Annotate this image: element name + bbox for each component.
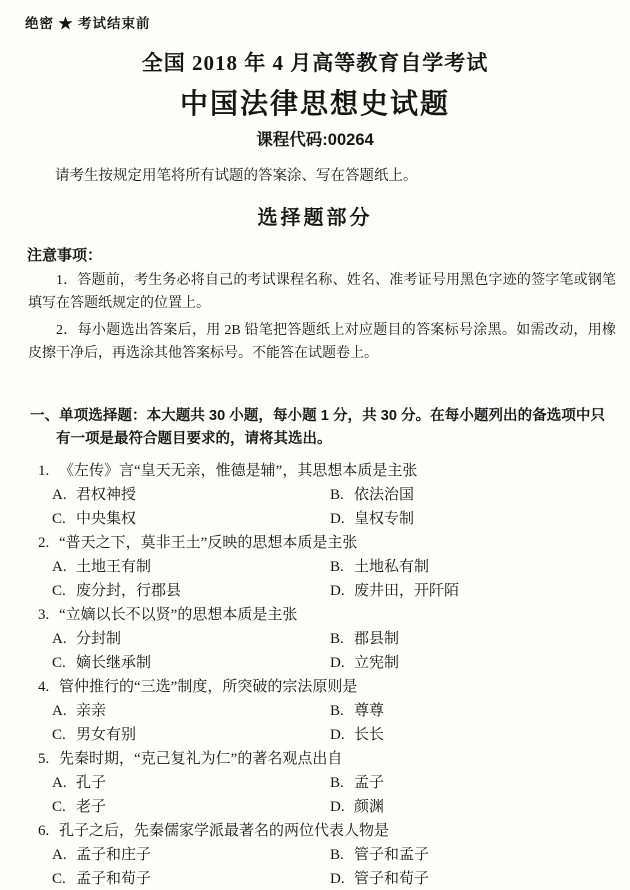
option-label: A. — [52, 627, 76, 651]
option-text: 土地私有制 — [354, 559, 429, 575]
option-row: A.亲亲 B.尊尊 — [38, 699, 614, 723]
option-label: B. — [330, 555, 354, 579]
option-row: A.分封制 B.郡县制 — [38, 627, 614, 651]
question-text: 先秦时期，“克己复礼为仁”的著名观点出自 — [59, 751, 342, 767]
option-text: 中央集权 — [76, 511, 136, 527]
option-row: C.嫡长继承制 D.立宪制 — [38, 651, 614, 675]
question-text: 《左传》言“皇天无亲，惟德是辅”，其思想本质是主张 — [59, 463, 417, 479]
option-b: B.尊尊 — [330, 699, 384, 723]
option-label: A. — [52, 771, 76, 795]
answer-sheet-instruction: 请考生按规定用笔将所有试题的答案涂、写在答题纸上。 — [55, 164, 610, 185]
option-text: 嫡长继承制 — [76, 655, 151, 671]
option-d: D.立宪制 — [330, 651, 399, 675]
option-b: B.依法治国 — [330, 483, 414, 507]
option-row: C.男女有别 D.长长 — [38, 723, 614, 747]
option-text: 男女有别 — [76, 727, 136, 743]
option-row: A.孟子和庄子 B.管子和孟子 — [38, 843, 614, 867]
option-row: C.孟子和荀子 D.管子和荀子 — [38, 867, 614, 890]
option-a: A.亲亲 — [52, 699, 330, 723]
option-label: C. — [52, 651, 76, 675]
option-a: A.君权神授 — [52, 483, 330, 507]
question-number: 1. — [38, 459, 54, 483]
option-row: A.君权神授 B.依法治国 — [38, 483, 614, 507]
option-label: A. — [52, 483, 76, 507]
course-code: 课程代码:00264 — [0, 126, 630, 150]
option-label: C. — [52, 867, 76, 890]
option-text: 管子和孟子 — [354, 847, 429, 863]
option-b: B.孟子 — [330, 771, 384, 795]
option-a: A.孟子和庄子 — [52, 843, 330, 867]
option-a: A.分封制 — [52, 627, 330, 651]
notice-item-1: 1．答题前，考生务必将自己的考试课程名称、姓名、准考证号用黑色字迹的签字笔或钢笔… — [28, 269, 616, 315]
question-number: 6. — [38, 819, 54, 843]
question-2: 2.“普天之下，莫非王土”反映的思想本质是主张 A.土地王有制 B.土地私有制 … — [38, 531, 614, 603]
option-text: 皇权专制 — [354, 511, 414, 527]
option-c: C.老子 — [52, 795, 330, 819]
question-number: 2. — [38, 531, 54, 555]
option-b: B.土地私有制 — [330, 555, 429, 579]
option-label: D. — [330, 507, 354, 531]
question-stem: 5.先秦时期，“克己复礼为仁”的著名观点出自 — [38, 747, 614, 771]
question-number: 4. — [38, 675, 54, 699]
option-label: B. — [330, 843, 354, 867]
option-label: D. — [330, 579, 354, 603]
option-row: C.中央集权 D.皇权专制 — [38, 507, 614, 531]
option-row: A.土地王有制 B.土地私有制 — [38, 555, 614, 579]
question-number: 5. — [38, 747, 54, 771]
option-text: 孟子和庄子 — [76, 847, 151, 863]
option-row: C.老子 D.颜渊 — [38, 795, 614, 819]
option-text: 废分封，行郡县 — [76, 583, 181, 599]
notice-item-2: 2．每小题选出答案后，用 2B 铅笔把答题纸上对应题目的答案标号涂黑。如需改动，… — [28, 319, 616, 365]
option-d: D.废井田，开阡陌 — [330, 579, 459, 603]
option-label: A. — [52, 555, 76, 579]
option-label: C. — [52, 795, 76, 819]
option-text: 孟子和荀子 — [76, 871, 151, 887]
option-row: A.孔子 B.孟子 — [38, 771, 614, 795]
option-label: C. — [52, 579, 76, 603]
question-stem: 1.《左传》言“皇天无亲，惟德是辅”，其思想本质是主张 — [38, 459, 614, 483]
exam-title: 全国 2018 年 4 月高等教育自学考试 — [0, 47, 630, 77]
question-list: 1.《左传》言“皇天无亲，惟德是辅”，其思想本质是主张 A.君权神授 B.依法治… — [0, 459, 630, 890]
option-text: 分封制 — [76, 631, 121, 647]
option-row: C.废分封，行郡县 D.废井田，开阡陌 — [38, 579, 614, 603]
question-number: 3. — [38, 603, 54, 627]
question-text: “普天之下，莫非王土”反映的思想本质是主张 — [59, 535, 357, 551]
question-4: 4.管仲推行的“三选”制度，所突破的宗法原则是 A.亲亲 B.尊尊 C.男女有别… — [38, 675, 614, 747]
option-text: 郡县制 — [354, 631, 399, 647]
question-stem: 6.孔子之后，先秦儒家学派最著名的两位代表人物是 — [38, 819, 614, 843]
option-c: C.男女有别 — [52, 723, 330, 747]
option-text: 老子 — [76, 799, 106, 815]
question-stem: 3.“立嫡以长不以贤”的思想本质是主张 — [38, 603, 614, 627]
option-label: D. — [330, 795, 354, 819]
option-label: B. — [330, 627, 354, 651]
option-d: D.皇权专制 — [330, 507, 414, 531]
option-text: 长长 — [354, 727, 384, 743]
option-text: 孔子 — [76, 775, 106, 791]
option-text: 土地王有制 — [76, 559, 151, 575]
option-c: C.嫡长继承制 — [52, 651, 330, 675]
option-label: A. — [52, 699, 76, 723]
part-one-heading: 一、单项选择题：本大题共 30 小题，每小题 1 分，共 30 分。在每小题列出… — [30, 405, 605, 451]
option-label: B. — [330, 771, 354, 795]
option-c: C.废分封，行郡县 — [52, 579, 330, 603]
question-5: 5.先秦时期，“克己复礼为仁”的著名观点出自 A.孔子 B.孟子 C.老子 D.… — [38, 747, 614, 819]
option-text: 立宪制 — [354, 655, 399, 671]
option-c: C.中央集权 — [52, 507, 330, 531]
question-text: 孔子之后，先秦儒家学派最著名的两位代表人物是 — [59, 823, 389, 839]
option-label: D. — [330, 723, 354, 747]
question-3: 3.“立嫡以长不以贤”的思想本质是主张 A.分封制 B.郡县制 C.嫡长继承制 … — [38, 603, 614, 675]
exam-paper-page: 绝密 ★ 考试结束前 全国 2018 年 4 月高等教育自学考试 中国法律思想史… — [0, 0, 630, 890]
question-stem: 4.管仲推行的“三选”制度，所突破的宗法原则是 — [38, 675, 614, 699]
option-text: 亲亲 — [76, 703, 106, 719]
option-label: B. — [330, 483, 354, 507]
option-label: D. — [330, 867, 354, 890]
security-label: 绝密 ★ 考试结束前 — [25, 12, 630, 32]
question-6: 6.孔子之后，先秦儒家学派最著名的两位代表人物是 A.孟子和庄子 B.管子和孟子… — [38, 819, 614, 890]
option-label: C. — [52, 723, 76, 747]
option-c: C.孟子和荀子 — [52, 867, 330, 890]
option-label: B. — [330, 699, 354, 723]
option-d: D.管子和荀子 — [330, 867, 429, 890]
option-text: 管子和荀子 — [354, 871, 429, 887]
option-text: 颜渊 — [354, 799, 384, 815]
option-d: D.颜渊 — [330, 795, 384, 819]
option-text: 孟子 — [354, 775, 384, 791]
option-text: 依法治国 — [354, 487, 414, 503]
option-text: 君权神授 — [76, 487, 136, 503]
option-text: 废井田，开阡陌 — [354, 583, 459, 599]
option-label: A. — [52, 843, 76, 867]
question-stem: 2.“普天之下，莫非王土”反映的思想本质是主张 — [38, 531, 614, 555]
option-a: A.孔子 — [52, 771, 330, 795]
option-a: A.土地王有制 — [52, 555, 330, 579]
option-d: D.长长 — [330, 723, 384, 747]
paper-title: 中国法律思想史试题 — [0, 82, 630, 122]
question-1: 1.《左传》言“皇天无亲，惟德是辅”，其思想本质是主张 A.君权神授 B.依法治… — [38, 459, 614, 531]
section-title: 选择题部分 — [0, 201, 630, 230]
option-text: 尊尊 — [354, 703, 384, 719]
option-label: D. — [330, 651, 354, 675]
option-b: B.郡县制 — [330, 627, 399, 651]
question-text: 管仲推行的“三选”制度，所突破的宗法原则是 — [59, 679, 357, 695]
notice-heading: 注意事项： — [27, 244, 630, 265]
question-text: “立嫡以长不以贤”的思想本质是主张 — [59, 607, 297, 623]
option-label: C. — [52, 507, 76, 531]
option-b: B.管子和孟子 — [330, 843, 429, 867]
